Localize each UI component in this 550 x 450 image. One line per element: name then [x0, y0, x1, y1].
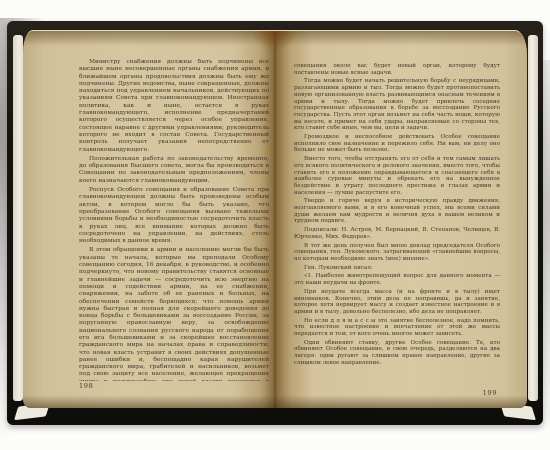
paragraph: Подписали: Н. Астров, М. Бернацкий, В. С… — [294, 227, 500, 240]
paragraph: «1. Наиболее животрепещущий вопрос для д… — [294, 273, 500, 286]
page-edges-right — [528, 35, 538, 401]
page-number-left: 198 — [79, 382, 93, 390]
paragraph: совещания около вас будет новый орган, к… — [294, 63, 500, 76]
paragraph: Тогда можно будет начать решительную бор… — [294, 78, 500, 132]
gutter-shadow — [238, 31, 312, 408]
paragraph: Громоздкое и неспособное действовать Осо… — [294, 134, 500, 154]
paragraph: Но если д л я м а с с ы это занятие бесп… — [294, 318, 500, 338]
book-photo: Министру снабжения должны быть подчинены… — [0, 0, 550, 450]
paragraph: Вместо того, чтобы отстранять его от себ… — [294, 156, 500, 196]
open-pages: Министру снабжения должны быть подчинены… — [23, 30, 527, 408]
right-page: совещания около вас будет новый орган, к… — [275, 31, 527, 408]
page-edges-left — [13, 35, 23, 401]
right-page-text: совещания около вас будет новый орган, к… — [294, 63, 500, 381]
paragraph: В тот же день получен был мною доклад пр… — [294, 243, 500, 263]
paragraph: При неудаче всегда масса (и на фронте и … — [294, 289, 500, 316]
gutter-top-shadow — [251, 30, 299, 51]
paragraph: Ген. Лукомский писал: — [294, 265, 500, 272]
book-cover: Министру снабжения должны быть подчинены… — [7, 21, 543, 425]
paragraph: Одни обвиняют ставку, другие Особое сове… — [294, 340, 500, 367]
paragraph: Твердо и горячо веруя в историческую пра… — [294, 198, 500, 225]
